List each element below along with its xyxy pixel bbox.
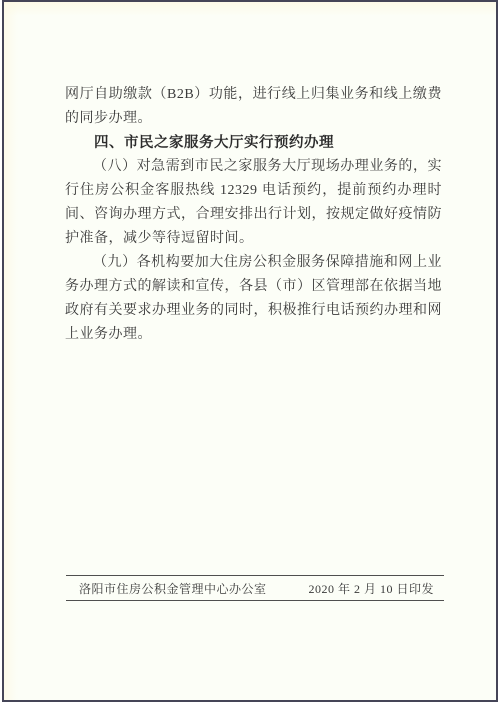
document-footer: 洛阳市住房公积金管理中心办公室 2020 年 2 月 10 日印发 <box>66 575 444 601</box>
document-page: 网厅自助缴款（B2B）功能，进行线上归集业务和线上缴费的同步办理。 四、市民之家… <box>2 0 498 702</box>
scanned-document-screen: 网厅自助缴款（B2B）功能，进行线上归集业务和线上缴费的同步办理。 四、市民之家… <box>0 0 500 707</box>
print-date: 2020 年 2 月 10 日印发 <box>308 580 434 597</box>
paragraph-continuation: 网厅自助缴款（B2B）功能，进行线上归集业务和线上缴费的同步办理。 <box>65 83 442 131</box>
document-body: 网厅自助缴款（B2B）功能，进行线上归集业务和线上缴费的同步办理。 四、市民之家… <box>65 83 442 347</box>
section-heading: 四、市民之家服务大厅实行预约办理 <box>65 131 442 155</box>
paragraph-item-9: （九）各机构要加大住房公积金服务保障措施和网上业务办理方式的解读和宣传，各县（市… <box>65 251 442 347</box>
issuing-office: 洛阳市住房公积金管理中心办公室 <box>79 580 267 597</box>
paragraph-item-8: （八）对急需到市民之家服务大厅现场办理业务的，实行住房公积金客服热线 12329… <box>65 155 442 251</box>
